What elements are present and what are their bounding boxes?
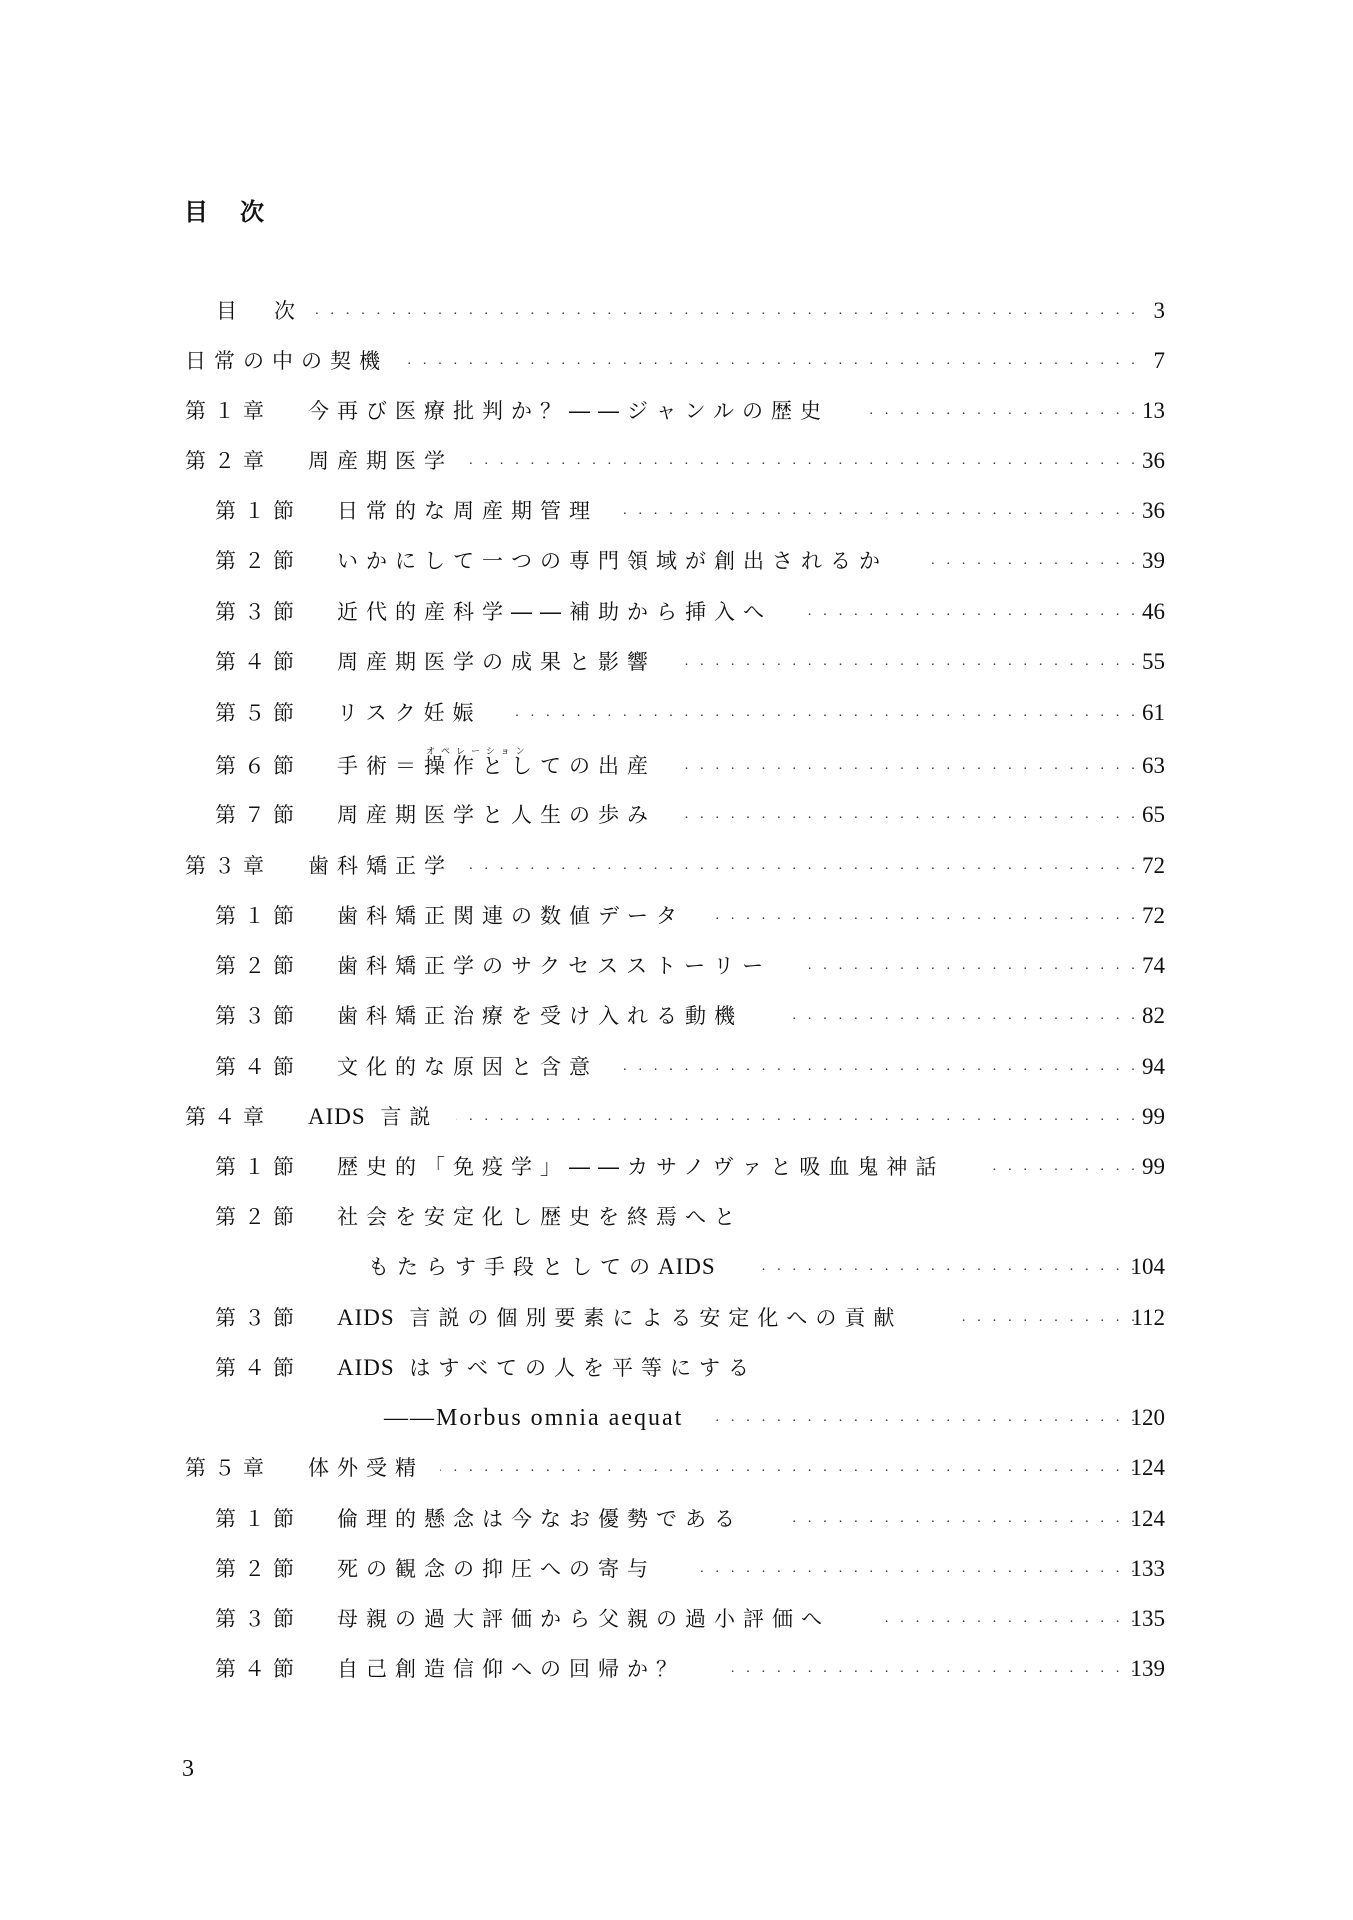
title-latin: AIDS [658,1254,716,1279]
toc-page: 112 [1131,1301,1165,1335]
toc-entry-section[interactable]: 第２節 死の観念の抑圧への寄与 . . . . . . . . . . . . … [0,1552,1353,1586]
toc-prefix: 第５節 [215,696,302,730]
toc-prefix: 第４節 [215,1652,302,1686]
toc-prefix: 第４章 [185,1100,272,1134]
toc-page: 104 [1131,1250,1166,1284]
toc-entry-section[interactable]: 第３節 母親の過大評価から父親の過小評価へ . . . . . . . . . … [0,1602,1353,1636]
dot-leader: . . . . . . . . . . . . . . . . . . . . … [716,899,1139,933]
title-latin: AIDS [337,1355,395,1380]
dot-leader: . . . . . . . . . . . . . . . . . . . . … [402,344,1139,378]
dot-leader: . . . . . . . . . . . . . . . . . . . . … [682,645,1139,679]
toc-entry-section[interactable]: 第２節 歯科矯正学のサクセスストーリー . . . . . . . . . . … [0,949,1353,983]
toc-page: 139 [1131,1652,1166,1686]
toc-prefix: 第４節 [215,1050,302,1084]
toc-prefix: 第５章 [185,1451,272,1485]
toc-title: 歯科矯正学 [308,849,453,883]
toc-page: 36 [1142,444,1165,478]
toc-title: 歯科矯正関連の数値データ [337,899,685,933]
toc-title: 倫理的懸念は今なお優勢である [337,1502,743,1536]
dot-leader: . . . . . . . . . . . . . . . . . . . . … [752,1250,1139,1284]
toc-page: 99 [1142,1100,1165,1134]
toc-entry-section[interactable]: 第４節 AIDS はすべての人を平等にする [0,1351,1353,1385]
dot-leader: . . . . . . . . . . . . . . . . . . . . … [462,849,1139,883]
toc-entry-section[interactable]: 第３節 歯科矯正治療を受け入れる動機 . . . . . . . . . . .… [0,999,1353,1033]
toc-page: 46 [1142,595,1165,629]
dot-leader: . . . . . . . . . . . . . . . . . . . . … [872,1602,1139,1636]
toc-entry-section[interactable]: 第７節 周産期医学と人生の歩み . . . . . . . . . . . . … [0,798,1353,832]
toc-page: 94 [1142,1050,1165,1084]
toc-entry-section[interactable]: 第３節 AIDS 言説の個別要素による安定化への貢献 . . . . . . .… [0,1301,1353,1335]
toc-page: 39 [1142,544,1165,578]
toc-prefix: 第２章 [185,444,272,478]
toc-title: AIDS 言説の個別要素による安定化への貢献 [337,1301,902,1335]
dot-leader: . . . . . . . . . . . . . . . . . . . . … [860,394,1139,428]
toc-title: 死の観念の抑圧への寄与 [337,1552,656,1586]
toc-title: 手術＝オペレーション操作としての出産 [337,749,656,783]
toc-title: 目 次 [216,294,303,328]
toc-prefix: 第３節 [215,999,302,1033]
toc-title: 日常の中の契機 [185,344,388,378]
toc-title: 周産期医学の成果と影響 [337,645,656,679]
page-number: 3 [182,1756,194,1783]
toc-prefix: 第１節 [215,899,302,933]
toc-page: 135 [1131,1602,1166,1636]
toc-page: 55 [1142,645,1165,679]
toc-title: 社会を安定化し歴史を終焉へと [337,1200,743,1234]
toc-prefix: 第３節 [215,1602,302,1636]
toc-title: 体外受精 [308,1451,424,1485]
toc-entry-section[interactable]: 第４節 周産期医学の成果と影響 . . . . . . . . . . . . … [0,645,1353,679]
toc-page: 3 [1154,294,1166,328]
toc-page: 7 [1154,344,1166,378]
toc-title: 周産期医学 [308,444,453,478]
title-part: 言説の個別要素による安定化への貢献 [409,1306,902,1330]
toc-page: 36 [1142,494,1165,528]
toc-title: 日常的な周産期管理 [337,494,598,528]
dot-leader: . . . . . . . . . . . . . . . . . . . . … [312,294,1139,328]
title-char: 目 [184,198,208,226]
toc-page: 82 [1142,999,1165,1033]
title-latin: AIDS [337,1305,395,1330]
toc-entry-section[interactable]: 第５節 リスク妊娠 . . . . . . . . . . . . . . . … [0,696,1353,730]
toc-title: 自己創造信仰への回帰か？ [337,1652,685,1686]
dot-leader: . . . . . . . . . . . . . . . . . . . . … [440,1451,1139,1485]
toc-title: 歴史的「免疫学」――カサノヴァと吸血鬼神話 [337,1150,944,1184]
toc-entry-section[interactable]: 第１節 倫理的懸念は今なお優勢である . . . . . . . . . . .… [0,1502,1353,1536]
toc-title: 今再び医療批判か？――ジャンルの歴史 [308,394,829,428]
toc-page: 63 [1142,749,1165,783]
toc-entry-chapter[interactable]: 第２章 周産期医学 . . . . . . . . . . . . . . . … [0,444,1353,478]
dot-leader: . . . . . . . . . . . . . . . . . . . . … [716,1401,1139,1435]
toc-prefix: 第２節 [215,1552,302,1586]
toc-title: 文化的な原因と含意 [337,1050,598,1084]
toc-page: 13 [1142,394,1165,428]
toc-page: 72 [1142,849,1165,883]
toc-title: いかにして一つの専門領域が創出されるか [337,544,888,578]
toc-entry-section[interactable]: 第６節 手術＝オペレーション操作としての出産 . . . . . . . . .… [0,749,1353,783]
toc-page: 99 [1142,1150,1165,1184]
dot-leader: . . . . . . . . . . . . . . . . . . . . … [682,749,1139,783]
dot-leader: . . . . . . . . . . . . . . . . . . . . … [504,696,1139,730]
toc-page: 124 [1131,1502,1166,1536]
toc-prefix: 第１節 [215,1502,302,1536]
toc-entry-contents[interactable]: 目 次 . . . . . . . . . . . . . . . . . . … [0,294,1353,328]
toc-prefix: 第１節 [215,494,302,528]
dot-leader: . . . . . . . . . . . . . . . . . . . . … [462,444,1139,478]
title-char: 次 [240,198,264,226]
toc-entry-chapter[interactable]: 第５章 体外受精 . . . . . . . . . . . . . . . .… [0,1451,1353,1485]
ruby-reading: オペレーション [426,735,531,769]
toc-title: 母親の過大評価から父親の過小評価へ [337,1602,830,1636]
toc-prefix: 第３章 [185,849,272,883]
toc-entry-chapter[interactable]: 第４章 AIDS 言説 . . . . . . . . . . . . . . … [0,1100,1353,1134]
toc-title: AIDS 言説 [308,1100,438,1134]
toc-title: 歯科矯正学のサクセスストーリー [337,949,771,983]
toc-page: 72 [1142,899,1165,933]
toc-title: AIDS はすべての人を平等にする [337,1351,757,1385]
toc-prefix: 第３節 [215,595,302,629]
dot-leader: . . . . . . . . . . . . . . . . . . . . … [782,1502,1139,1536]
title-part: 言説 [380,1105,438,1129]
toc-entry-section[interactable]: 第１節 歯科矯正関連の数値データ . . . . . . . . . . . .… [0,899,1353,933]
dot-leader: . . . . . . . . . . . . . . . . . . . . … [950,1301,1139,1335]
toc-entry-section[interactable]: 第１節 日常的な周産期管理 . . . . . . . . . . . . . … [0,494,1353,528]
title-part: もたらす手段としての [368,1255,658,1279]
toc-prefix: 第７節 [215,798,302,832]
dot-leader: . . . . . . . . . . . . . . . . . . . . … [992,1150,1139,1184]
toc-page: 74 [1142,949,1165,983]
toc-prefix: 第３節 [215,1301,302,1335]
toc-page: 124 [1131,1451,1166,1485]
dot-leader: . . . . . . . . . . . . . . . . . . . . … [730,1652,1139,1686]
toc-page: 65 [1142,798,1165,832]
title-part: はすべての人を平等にする [409,1356,757,1380]
ruby-annotated-word: オペレーション操作 [424,749,482,783]
toc-entry-section[interactable]: 第４節 文化的な原因と含意 . . . . . . . . . . . . . … [0,1050,1353,1084]
toc-entry-chapter[interactable]: 第３章 歯科矯正学 . . . . . . . . . . . . . . . … [0,849,1353,883]
dot-leader: . . . . . . . . . . . . . . . . . . . . … [620,494,1139,528]
toc-entry-chapter[interactable]: 日常の中の契機 . . . . . . . . . . . . . . . . … [0,344,1353,378]
title-latin: AIDS [308,1104,366,1129]
toc-prefix: 第１章 [185,394,272,428]
toc-title: 近代的産科学――補助から挿入へ [337,595,772,629]
dot-leader: . . . . . . . . . . . . . . . . . . . . … [930,544,1139,578]
toc-page: 61 [1142,696,1165,730]
toc-entry-chapter[interactable]: 第１章 今再び医療批判か？――ジャンルの歴史 . . . . . . . . .… [0,394,1353,428]
toc-entry-section[interactable]: 第２節 社会を安定化し歴史を終焉へと [0,1200,1353,1234]
dot-leader: . . . . . . . . . . . . . . . . . . . . … [692,1552,1139,1586]
page-title: 目次 [184,192,264,227]
toc-page: 120 [1131,1401,1166,1435]
toc-title: 歯科矯正治療を受け入れる動機 [337,999,743,1033]
dot-leader: . . . . . . . . . . . . . . . . . . . . … [782,999,1139,1033]
toc-prefix: 第２節 [215,544,302,578]
dot-leader: . . . . . . . . . . . . . . . . . . . . … [456,1100,1139,1134]
toc-entry-continuation[interactable]: もたらす手段としてのAIDS . . . . . . . . . . . . .… [0,1250,1353,1284]
toc-prefix: 第４節 [215,645,302,679]
toc-entry-section[interactable]: 第３節 近代的産科学――補助から挿入へ . . . . . . . . . . … [0,595,1353,629]
toc-page: 133 [1131,1552,1166,1586]
toc-prefix: 第６節 [215,749,302,783]
dot-leader: . . . . . . . . . . . . . . . . . . . . … [804,949,1139,983]
toc-title-continuation: もたらす手段としてのAIDS [368,1250,716,1284]
toc-title: リスク妊娠 [337,696,482,730]
toc-entry-section[interactable]: 第２節 いかにして一つの専門領域が創出されるか . . . . . . . . … [0,544,1353,578]
title-part: 手術＝ [337,754,424,778]
toc-prefix: 第２節 [215,1200,302,1234]
toc-prefix: 第４節 [215,1351,302,1385]
toc-prefix: 第１節 [215,1150,302,1184]
dot-leader: . . . . . . . . . . . . . . . . . . . . … [616,1050,1139,1084]
toc-entry-continuation[interactable]: ――Morbus omnia aequat . . . . . . . . . … [0,1401,1353,1435]
toc-title-continuation: ――Morbus omnia aequat [384,1401,683,1435]
dot-leader: . . . . . . . . . . . . . . . . . . . . … [682,798,1139,832]
toc-entry-section[interactable]: 第１節 歴史的「免疫学」――カサノヴァと吸血鬼神話 . . . . . . . … [0,1150,1353,1184]
toc-title: 周産期医学と人生の歩み [337,798,656,832]
dot-leader: . . . . . . . . . . . . . . . . . . . . … [796,595,1139,629]
toc-prefix: 第２節 [215,949,302,983]
toc-entry-section[interactable]: 第４節 自己創造信仰への回帰か？ . . . . . . . . . . . .… [0,1652,1353,1686]
